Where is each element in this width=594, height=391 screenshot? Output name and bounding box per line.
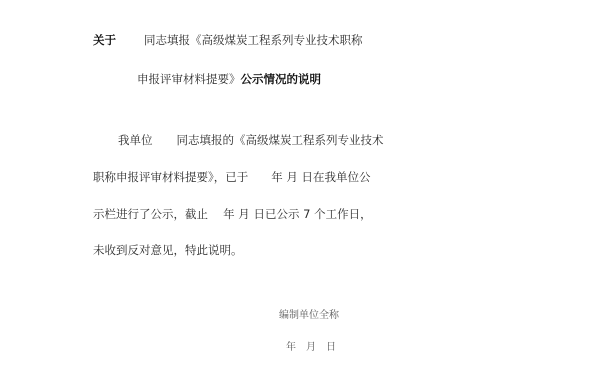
title-line2-text: 申报评审材料提要》 [137,72,241,86]
body-line-2: 职称申报评审材料提要》，已于 年 月 日在我单位公 [93,170,371,184]
body-line-4: 未收到反对意见，特此说明。 [93,243,243,257]
body-line-1: 我单位同志填报的《高级煤炭工程系列专业技术 [118,133,384,147]
title-prefix: 关于 [93,33,116,47]
body-line-3: 示栏进行了公示，截止 年 月 日已公示 7 个工作日， [93,207,372,221]
footer-organization: 编制单位全称 [279,309,339,323]
body-line1-b: 同志填报的《高级煤炭工程系列专业技术 [177,133,384,147]
title-line1-text: 同志填报《高级煤炭工程系列专业技术职称 [144,33,363,47]
title-suffix: 公示情况的说明 [241,72,322,86]
footer-date: 年 月 日 [286,341,336,355]
body-line1-a: 我单位 [118,133,153,147]
title-line-1: 关于同志填报《高级煤炭工程系列专业技术职称 [93,33,363,47]
title-line-2: 申报评审材料提要》公示情况的说明 [137,72,321,86]
